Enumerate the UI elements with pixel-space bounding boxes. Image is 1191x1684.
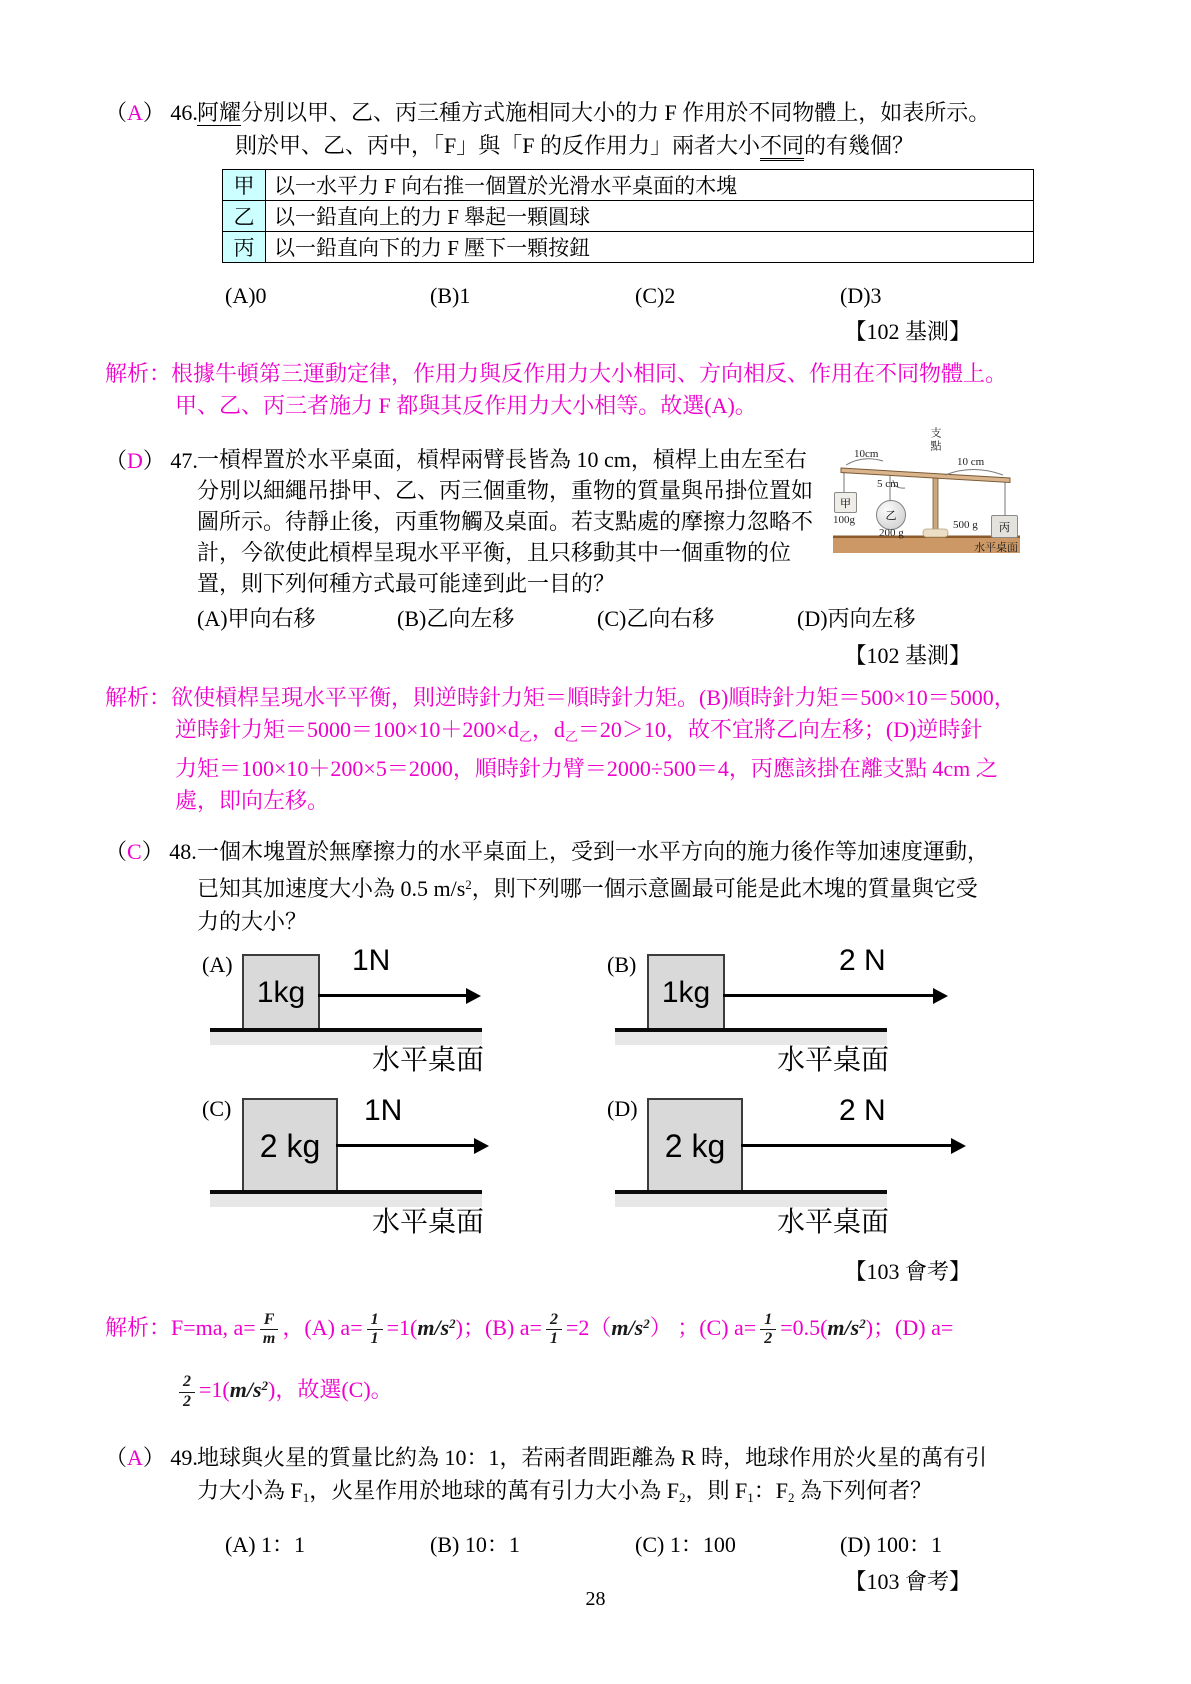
text-segment: 已知其加速度大小為 0.5 m/s	[197, 876, 465, 901]
emphasized-text: 不同	[760, 133, 804, 161]
student-name: 阿耀	[197, 100, 241, 126]
diagram-option-c: (C) 2 kg 1N 水平桌面	[202, 1082, 607, 1249]
text-segment: 逆時針力矩＝5000＝100×10＋200×d	[175, 717, 519, 742]
unit: m/s2	[230, 1377, 268, 1402]
answer-letter: A	[127, 100, 143, 125]
option-c: (C) 1：100	[635, 1528, 840, 1559]
text-segment: ） ；(C) a=	[650, 1315, 757, 1340]
paren: （	[105, 448, 127, 473]
answer-letter: C	[127, 839, 142, 864]
stem-line: 地球與火星的質量比約為 10：1，若兩者間距離為 R 時，地球作用於火星的萬有引	[197, 1441, 1091, 1474]
analysis-line: 22=1(m/s2)，故選(C)。	[105, 1366, 1091, 1410]
paren: （	[105, 1445, 127, 1470]
stem-line: 計，今欲使此槓桿呈現水平平衡，且只移動其中一個重物的位	[197, 537, 857, 568]
analysis-label: 解析：	[105, 685, 171, 710]
options-row: (A)0 (B)1 (C)2 (D)3	[197, 283, 1091, 309]
dim-right-label: 10 cm	[957, 456, 984, 468]
diagram-label: (B)	[607, 952, 636, 978]
text-segment: 力大小為 F	[197, 1478, 303, 1503]
surface-label: 水平桌面	[737, 1038, 889, 1078]
force-arrow	[723, 994, 933, 997]
weight-yi-mass: 200 g	[879, 527, 904, 539]
surface-label: 水平桌面	[332, 1038, 484, 1078]
text-segment: )，故選(C)。	[268, 1377, 393, 1402]
stem-line: 一個木塊置於無摩擦力的水平桌面上，受到一水平方向的施力後作等加速度運動，	[197, 835, 1091, 868]
row-text: 以一水平力 F 向右推一個置於光滑水平桌面的木塊	[266, 170, 1034, 201]
option-b: (B) 10：1	[430, 1528, 635, 1559]
paren: （	[105, 100, 127, 125]
fulcrum-post	[933, 476, 938, 534]
text-segment: 分別以甲、乙、丙三種方式施相同大小的力 F 作用於不同物體上，如表所示。	[241, 100, 990, 125]
unit: m/s2	[827, 1315, 865, 1340]
question-number: 48.	[169, 839, 197, 864]
question-46: （A） 46. 阿耀分別以甲、乙、丙三種方式施相同大小的力 F 作用於不同物體上…	[105, 96, 1091, 346]
force-arrow	[741, 1144, 951, 1147]
stem-line: 力的大小？	[197, 905, 1091, 938]
question-49: （A） 49. 地球與火星的質量比約為 10：1，若兩者間距離為 R 時，地球作…	[105, 1441, 1091, 1596]
option-b: (B)1	[430, 283, 635, 309]
option-a: (A)甲向右移	[197, 602, 397, 633]
page-number: 28	[0, 1588, 1191, 1611]
paren: ）	[142, 839, 164, 864]
row-label: 甲	[223, 170, 266, 201]
analysis-line: 力矩＝100×10＋200×5＝2000，順時針力臂＝2000÷500＝4，丙應…	[105, 753, 1091, 785]
analysis-line: 甲、乙、丙三者施力 F 都與其反作用力大小相等。故選(A)。	[105, 390, 1091, 422]
fraction: 22	[179, 1374, 195, 1411]
cases-table: 甲以一水平力 F 向右推一個置於光滑水平桌面的木塊 乙以一鉛直向上的力 F 舉起…	[222, 169, 1034, 263]
weight-jia-mass: 100g	[833, 514, 855, 526]
force-label: 1N	[364, 1094, 402, 1128]
dim-left-label: 10cm	[854, 448, 878, 460]
question-48: （C） 48. 一個木塊置於無摩擦力的水平桌面上，受到一水平方向的施力後作等加速…	[105, 835, 1091, 1286]
option-a: (A) 1：1	[225, 1528, 430, 1559]
question-number: 47.	[170, 448, 198, 473]
analysis-46: 解析：根據牛頓第三運動定律，作用力與反作用力大小相同、方向相反、作用在不同物體上…	[105, 358, 1091, 422]
diagram-label: (A)	[202, 952, 233, 978]
diagram-option-a: (A) 1kg 1N 水平桌面	[202, 944, 607, 1082]
text-segment: 為下列何者？	[795, 1478, 933, 1503]
surface-label: 水平桌面	[974, 539, 1018, 555]
diagram-label: (D)	[607, 1096, 638, 1122]
fulcrum-label: 支點	[927, 427, 943, 453]
subscript: 乙	[519, 729, 532, 744]
text-segment: 根據牛頓第三運動定律，作用力與反作用力大小相同、方向相反、作用在不同物體上。	[171, 361, 1007, 386]
mass-block: 1kg	[242, 954, 320, 1032]
stem-line: 則於甲、乙、丙中，「F」與「F 的反作用力」兩者大小不同的有幾個？	[197, 129, 1091, 162]
text-segment: 則於甲、乙、丙中，「F」與「F 的反作用力」兩者大小	[235, 133, 760, 158]
dim-mid-label: 5 cm	[877, 478, 899, 490]
row-label: 丙	[223, 232, 266, 263]
subscript: 乙	[565, 729, 578, 744]
paren: ）	[143, 100, 165, 125]
options-row: (A)甲向右移 (B)乙向左移 (C)乙向右移 (D)丙向左移	[197, 602, 857, 633]
analysis-label: 解析：	[105, 361, 171, 386]
diagram-option-d: (D) 2 kg 2 N 水平桌面	[607, 1082, 1012, 1249]
fulcrum-base	[923, 529, 948, 537]
text-segment: 欲使槓桿呈現水平平衡，則逆時針力矩＝順時針力矩。(B)順時針力矩＝500×10＝…	[171, 685, 1016, 710]
row-label: 乙	[223, 201, 266, 232]
force-arrow	[318, 994, 466, 997]
option-d: (D)丙向左移	[797, 602, 997, 633]
force-arrow	[336, 1144, 474, 1147]
force-label: 1N	[352, 944, 390, 978]
option-d: (D)3	[840, 283, 1045, 309]
fraction: 12	[760, 1312, 776, 1349]
lever-diagram: 支點 10cm 5 cm 10 cm 甲 100g 乙 200 g 丙 500 …	[833, 430, 1020, 564]
answer-and-number: （A） 49.	[105, 1441, 197, 1472]
text-segment: ，則下列哪一個示意圖最可能是此木塊的質量與它受	[472, 876, 978, 901]
source-tag: 【102 基測】	[197, 315, 1091, 346]
fraction: Fm	[260, 1312, 279, 1349]
source-tag: 【102 基測】	[105, 639, 1091, 670]
unit: m/s2	[611, 1315, 649, 1340]
text-segment: ，d	[532, 717, 565, 742]
paren: ）	[143, 1445, 165, 1470]
question-number: 49.	[170, 1445, 198, 1470]
unit: m/s2	[417, 1315, 455, 1340]
diagram-label: (C)	[202, 1096, 231, 1122]
text-segment: 的有幾個？	[804, 133, 914, 158]
answer-and-number: （A） 46.	[105, 96, 197, 127]
text-segment: F=ma, a=	[171, 1315, 256, 1340]
weight-bing-mass: 500 g	[953, 519, 978, 531]
stem-line: 一槓桿置於水平桌面，槓桿兩臂長皆為 10 cm，槓桿上由左至右	[197, 444, 857, 475]
stem-line: 置，則下列何種方式最可能達到此一目的？	[197, 568, 857, 599]
force-label: 2 N	[839, 944, 886, 978]
option-c: (C)2	[635, 283, 840, 309]
source-tag: 【103 會考】	[105, 1255, 1091, 1286]
text-segment: )；(D) a=	[866, 1315, 954, 1340]
paren: （	[105, 839, 127, 864]
surface-label: 水平桌面	[332, 1200, 484, 1240]
mass-block: 2 kg	[647, 1098, 743, 1194]
stem-line: 阿耀分別以甲、乙、丙三種方式施相同大小的力 F 作用於不同物體上，如表所示。	[197, 96, 1091, 129]
text-segment: ，則 F	[686, 1478, 748, 1503]
text-segment: =1(	[387, 1315, 418, 1340]
mass-block: 2 kg	[242, 1098, 338, 1194]
paren: ）	[143, 448, 165, 473]
exam-page: （A） 46. 阿耀分別以甲、乙、丙三種方式施相同大小的力 F 作用於不同物體上…	[0, 0, 1191, 1684]
mass-block: 1kg	[647, 954, 725, 1032]
text-segment: ，(A) a=	[282, 1315, 362, 1340]
weight-yi: 乙	[876, 500, 906, 530]
analysis-label: 解析：	[105, 1315, 171, 1340]
analysis-line: 解析：F=ma, a=Fm，(A) a=11=1(m/s2)；(B) a=21=…	[105, 1304, 1091, 1348]
option-d: (D) 100：1	[840, 1528, 1045, 1559]
stem-line: 圖所示。待靜止後，丙重物觸及桌面。若支點處的摩擦力忽略不	[197, 506, 857, 537]
text-segment: =1(	[199, 1377, 230, 1402]
analysis-line: 逆時針力矩＝5000＝100×10＋200×d乙，d乙＝20＞10，故不宜將乙向…	[105, 714, 1091, 753]
table-row: 乙以一鉛直向上的力 F 舉起一顆圓球	[223, 201, 1034, 232]
answer-and-number: （C） 48.	[105, 835, 197, 866]
surface-label: 水平桌面	[737, 1200, 889, 1240]
analysis-line: 解析：欲使槓桿呈現水平平衡，則逆時針力矩＝順時針力矩。(B)順時針力矩＝500×…	[105, 682, 1091, 714]
stem-line: 已知其加速度大小為 0.5 m/s2，則下列哪一個示意圖最可能是此木塊的質量與它…	[197, 868, 1091, 905]
option-a: (A)0	[225, 283, 430, 309]
row-text: 以一鉛直向下的力 F 壓下一顆按鈕	[266, 232, 1034, 263]
answer-diagrams: (A) 1kg 1N 水平桌面 (B) 1kg 2 N	[202, 944, 1091, 1249]
fraction: 11	[367, 1312, 383, 1349]
text-segment: =2（	[566, 1315, 611, 1340]
option-b: (B)乙向左移	[397, 602, 597, 633]
row-text: 以一鉛直向上的力 F 舉起一顆圓球	[266, 201, 1034, 232]
analysis-line: 處，即向左移。	[105, 785, 1091, 817]
weight-bing: 丙	[991, 515, 1018, 538]
force-label: 2 N	[839, 1094, 886, 1128]
answer-and-number: （D） 47.	[105, 444, 197, 475]
options-row: (A) 1：1 (B) 10：1 (C) 1：100 (D) 100：1	[197, 1528, 1091, 1559]
diagram-option-b: (B) 1kg 2 N 水平桌面	[607, 944, 1012, 1082]
text-segment: )；(B) a=	[456, 1315, 542, 1340]
analysis-47: 解析：欲使槓桿呈現水平平衡，則逆時針力矩＝順時針力矩。(B)順時針力矩＝500×…	[105, 682, 1091, 817]
question-number: 46.	[170, 100, 198, 125]
text-segment: =0.5(	[780, 1315, 827, 1340]
question-47: （D） 47. 一槓桿置於水平桌面，槓桿兩臂長皆為 10 cm，槓桿上由左至右 …	[105, 444, 1091, 670]
table-row: 甲以一水平力 F 向右推一個置於光滑水平桌面的木塊	[223, 170, 1034, 201]
analysis-line: 解析：根據牛頓第三運動定律，作用力與反作用力大小相同、方向相反、作用在不同物體上…	[105, 358, 1091, 390]
text-segment: ：F	[754, 1478, 788, 1503]
table-row: 丙以一鉛直向下的力 F 壓下一顆按鈕	[223, 232, 1034, 263]
stem-line: 力大小為 F1，火星作用於地球的萬有引力大小為 F2，則 F1：F2 為下列何者…	[197, 1474, 1091, 1514]
answer-letter: A	[127, 1445, 143, 1470]
text-segment: ，火星作用於地球的萬有引力大小為 F	[309, 1478, 679, 1503]
weight-jia: 甲	[834, 492, 857, 513]
text-segment: ＝20＞10，故不宜將乙向左移；(D)逆時針	[578, 717, 983, 742]
answer-letter: D	[127, 448, 143, 473]
analysis-48: 解析：F=ma, a=Fm，(A) a=11=1(m/s2)；(B) a=21=…	[105, 1304, 1091, 1411]
stem-line: 分別以細繩吊掛甲、乙、丙三個重物，重物的質量與吊掛位置如	[197, 475, 857, 506]
fraction: 21	[546, 1312, 562, 1349]
option-c: (C)乙向右移	[597, 602, 797, 633]
